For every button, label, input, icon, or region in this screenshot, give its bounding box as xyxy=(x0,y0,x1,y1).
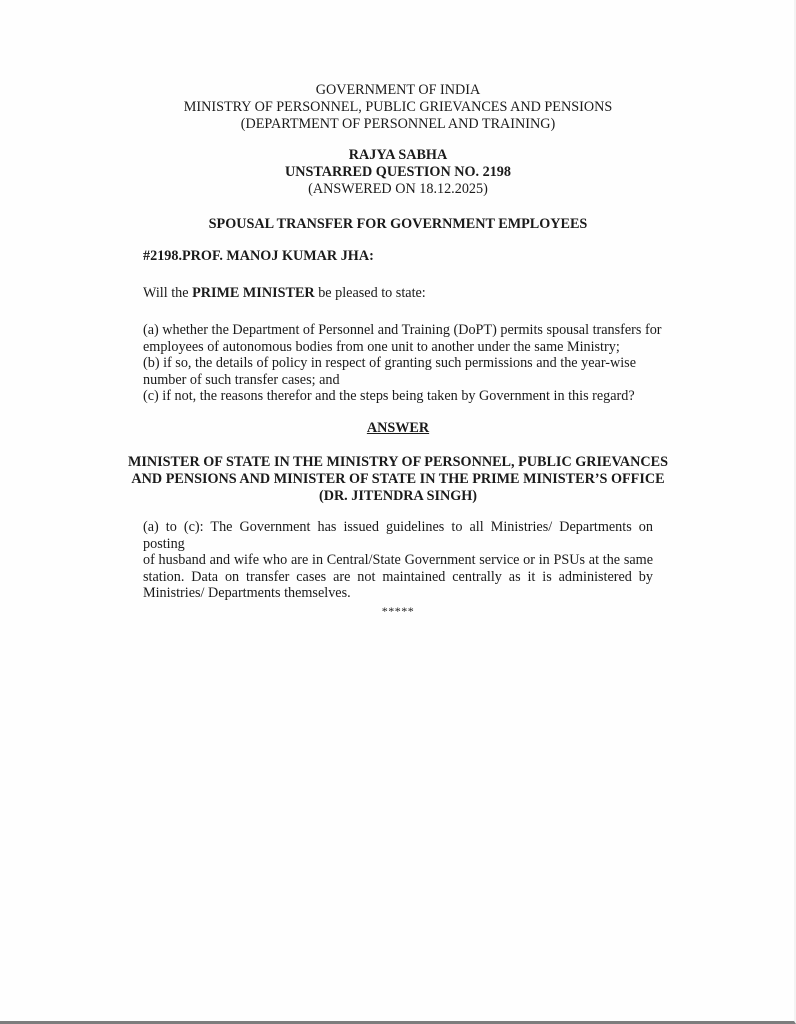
question-asker: #2198.PROF. MANOJ KUMAR JHA: xyxy=(143,248,374,265)
answer-heading: ANSWER xyxy=(0,420,796,437)
document-header: GOVERNMENT OF INDIA MINISTRY OF PERSONNE… xyxy=(0,82,796,132)
intro-suffix: be pleased to state: xyxy=(315,285,426,301)
house-name: RAJYA SABHA xyxy=(0,147,796,164)
question-subject: SPOUSAL TRANSFER FOR GOVERNMENT EMPLOYEE… xyxy=(0,216,796,233)
question-line: number of such transfer cases; and xyxy=(143,372,662,389)
question-line: (b) if so, the details of policy in resp… xyxy=(143,355,662,372)
question-number: UNSTARRED QUESTION NO. 2198 xyxy=(0,164,796,181)
question-parts: (a) whether the Department of Personnel … xyxy=(143,322,662,405)
question-line: employees of autonomous bodies from one … xyxy=(143,339,662,356)
header-department: (DEPARTMENT OF PERSONNEL AND TRAINING) xyxy=(0,116,796,133)
intro-prefix: Will the xyxy=(143,285,192,301)
question-line: (a) whether the Department of Personnel … xyxy=(143,322,662,339)
question-line: (c) if not, the reasons therefor and the… xyxy=(143,388,662,405)
header-ministry: MINISTRY OF PERSONNEL, PUBLIC GRIEVANCES… xyxy=(0,99,796,116)
end-mark: ***** xyxy=(0,604,796,619)
document-page: GOVERNMENT OF INDIA MINISTRY OF PERSONNE… xyxy=(0,0,796,1024)
header-government: GOVERNMENT OF INDIA xyxy=(0,82,796,99)
answer-line: station. Data on transfer cases are not … xyxy=(143,569,653,586)
answered-date: (ANSWERED ON 18.12.2025) xyxy=(0,181,796,198)
answer-line: (a) to (c): The Government has issued gu… xyxy=(143,519,653,552)
intro-addressee: PRIME MINISTER xyxy=(192,285,315,301)
answer-body: (a) to (c): The Government has issued gu… xyxy=(143,519,653,602)
minister-line: AND PENSIONS AND MINISTER OF STATE IN TH… xyxy=(0,471,796,488)
question-intro: Will the PRIME MINISTER be pleased to st… xyxy=(143,285,426,302)
session-info: RAJYA SABHA UNSTARRED QUESTION NO. 2198 … xyxy=(0,147,796,197)
minister-line: MINISTER OF STATE IN THE MINISTRY OF PER… xyxy=(0,454,796,471)
answering-minister: MINISTER OF STATE IN THE MINISTRY OF PER… xyxy=(0,454,796,504)
subject-title: SPOUSAL TRANSFER FOR GOVERNMENT EMPLOYEE… xyxy=(0,216,796,233)
answer-line: Ministries/ Departments themselves. xyxy=(143,585,653,602)
answer-line: of husband and wife who are in Central/S… xyxy=(143,552,653,569)
minister-name: (DR. JITENDRA SINGH) xyxy=(0,488,796,505)
